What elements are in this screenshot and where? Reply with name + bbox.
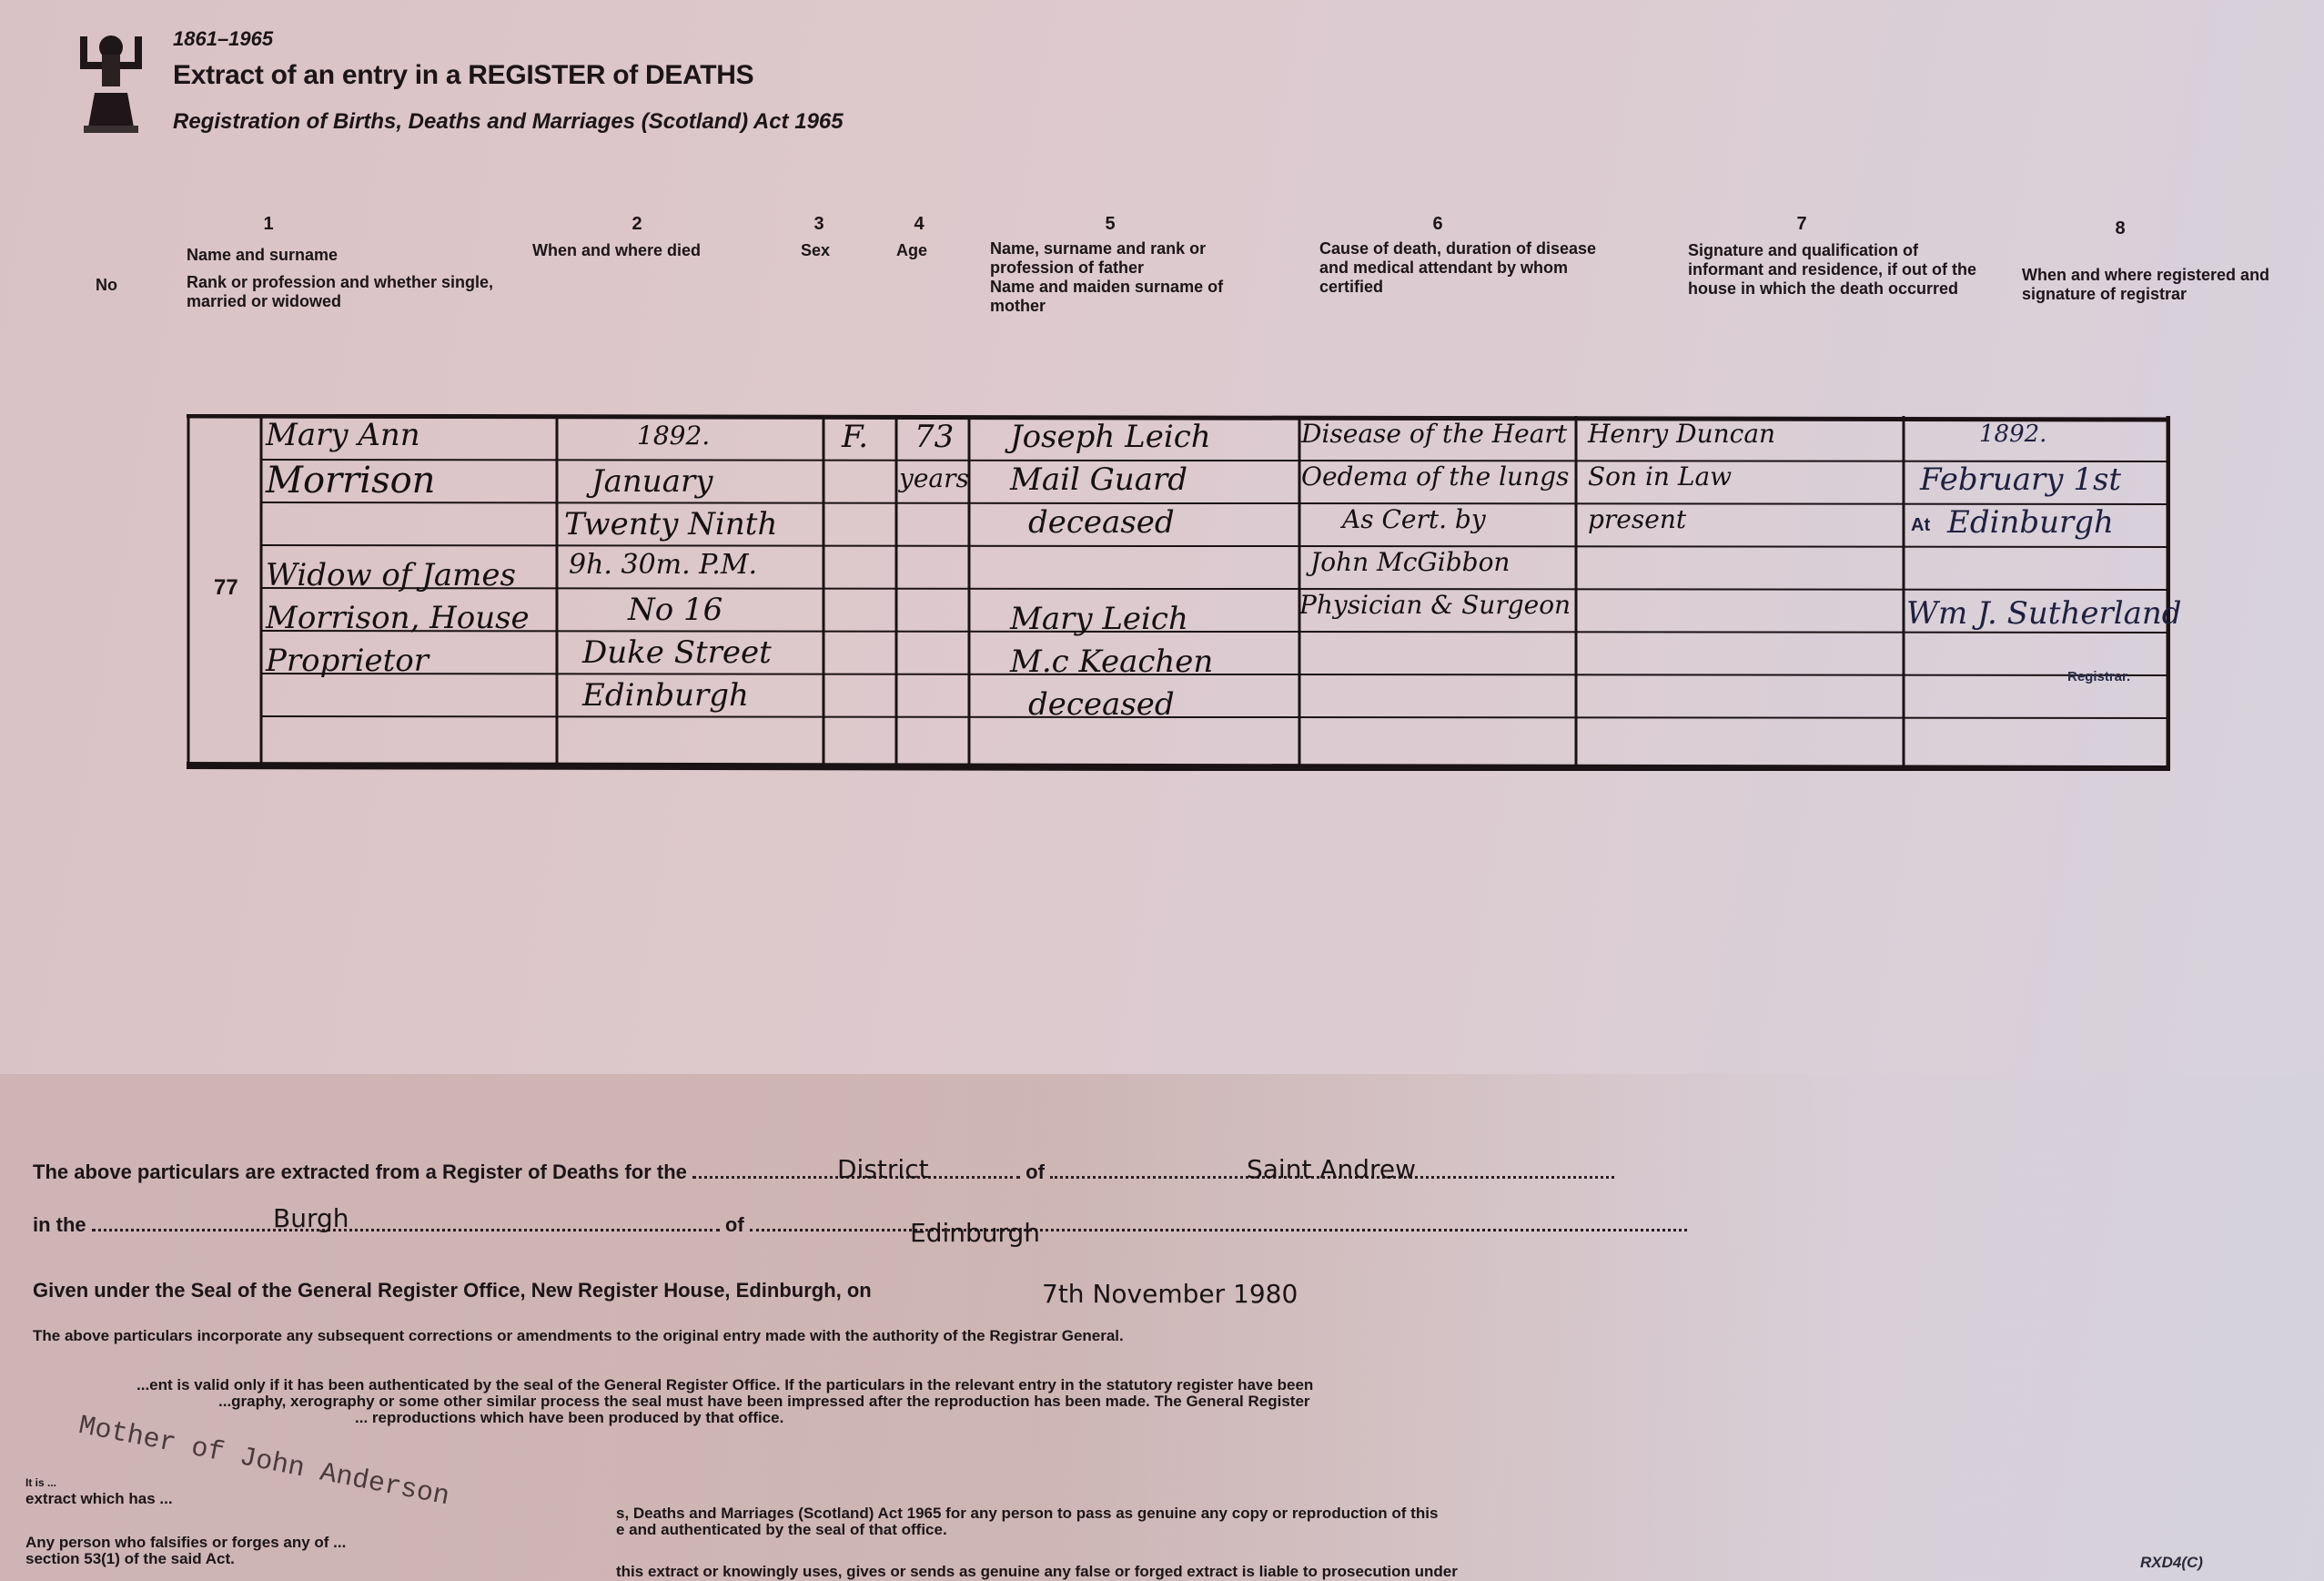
given-under-seal-line: Given under the Seal of the General Regi… [33,1279,872,1302]
register-years: 1861–1965 [173,27,273,51]
district-type-value: District [837,1154,929,1184]
deceased-occupation: Proprietor [266,643,429,679]
col-num-7: 7 [1788,214,1815,235]
deceased-marital-status: Widow of James [266,557,516,593]
death-city: Edinburgh [582,677,749,714]
medical-attendant-name: John McGibbon [1310,547,1510,577]
col-header-3: Sex [801,241,830,260]
mother-name: Mary Leich [1010,601,1188,637]
col-num-3: 3 [805,214,833,235]
father-name: Joseph Leich [1010,419,1211,455]
death-year: 1892. [637,421,710,451]
col-header-5-sub: Name and maiden surname of mother [990,278,1263,316]
registration-date: February 1st [1920,461,2121,498]
col-num-2: 2 [623,214,651,235]
col-header-1: Name and surname [187,246,338,265]
col-header-2: When and where died [532,241,701,260]
certified-by-label: As Cert. by [1342,504,1486,534]
col-header-4: Age [896,241,927,260]
extract-line1-prefix: The above particulars are extracted from… [33,1160,687,1183]
deceased-relation: Morrison, House [266,600,530,636]
deceased-surname: Morrison [266,460,435,502]
registrar-signature: Wm J. Sutherland [1906,595,2182,632]
burgh-type-value: Burgh [273,1203,349,1233]
col-header-7: Signature and qualification of informant… [1688,241,1979,299]
offence-note-1a: It is ... [25,1476,56,1489]
col-num-6: 6 [1424,214,1451,235]
deceased-age-unit: years [899,463,969,493]
death-day: Twenty Ninth [564,506,777,542]
deceased-given-names: Mary Ann [266,417,420,453]
extract-line2-prefix: in the [33,1213,86,1236]
act-subtitle: Registration of Births, Deaths and Marri… [173,109,844,135]
col-num-1: 1 [255,214,282,235]
registration-year: 1892. [1979,421,2046,448]
death-street: Duke Street [582,634,772,671]
entry-number: 77 [214,575,238,601]
district-name-value: Saint Andrew [1247,1154,1416,1184]
death-address-number: No 16 [628,592,722,628]
burgh-name-field [750,1229,1687,1231]
col-header-no: No [96,276,117,295]
father-occupation: Mail Guard [1010,461,1187,498]
burgh-type-field [92,1229,720,1231]
col-num-5: 5 [1096,214,1124,235]
cause-of-death-1: Disease of the Heart [1301,419,1567,449]
validity-note-2: ...graphy, xerography or some other simi… [218,1393,1310,1411]
offence-note-2a: Any person who falsifies or forges any o… [25,1534,346,1552]
corrections-note: The above particulars incorporate any su… [33,1327,1124,1345]
informant-name: Henry Duncan [1588,419,1775,449]
informant-relation: Son in Law [1588,461,1732,492]
col-header-8: When and where registered and signature … [2022,266,2304,304]
royal-crest-icon [75,27,147,137]
medical-attendant-title: Physician & Surgeon [1299,590,1571,620]
validity-note-1: ...ent is valid only if it has been auth… [136,1376,1313,1394]
extract-line1-of: of [1026,1160,1045,1183]
registrar-label: Registrar. [2067,669,2130,684]
informant-presence: present [1588,504,1686,534]
offence-note-1b: extract which has ... [25,1490,173,1508]
death-time: 9h. 30m. P.M. [569,549,757,581]
offence-note-2b: section 53(1) of the said Act. [25,1550,235,1568]
death-month: January [591,463,712,500]
registration-place: Edinburgh [1947,504,2114,541]
validity-note-3: ... reproductions which have been produc… [355,1409,783,1427]
deceased-age: 73 [914,419,954,455]
registration-place-prefix: At [1911,515,1930,536]
col-header-1-sub: Rank or profession and whether single, m… [187,273,496,311]
mother-maiden-name: M.c Keachen [1010,644,1213,680]
deceased-sex: F. [842,419,868,455]
document-title: Extract of an entry in a REGISTER of DEA… [173,60,753,91]
offence-note-1d: e and authenticated by the seal of that … [616,1521,947,1539]
col-num-4: 4 [905,214,933,235]
form-code: RXD4(C) [2140,1554,2203,1572]
mother-status: deceased [1028,686,1175,723]
col-header-5: Name, surname and rank or profession of … [990,239,1263,278]
col-num-8: 8 [2107,218,2134,239]
burgh-name-value: Edinburgh [910,1218,1040,1248]
col-header-6: Cause of death, duration of disease and … [1319,239,1611,297]
issue-date-value: 7th November 1980 [1042,1279,1298,1309]
offence-note-1c: s, Deaths and Marriages (Scotland) Act 1… [616,1505,1438,1523]
offence-note-2c: this extract or knowingly uses, gives or… [616,1563,1458,1581]
father-status: deceased [1028,504,1175,541]
extract-line2-of: of [725,1213,744,1236]
cause-of-death-2: Oedema of the lungs [1301,461,1569,492]
